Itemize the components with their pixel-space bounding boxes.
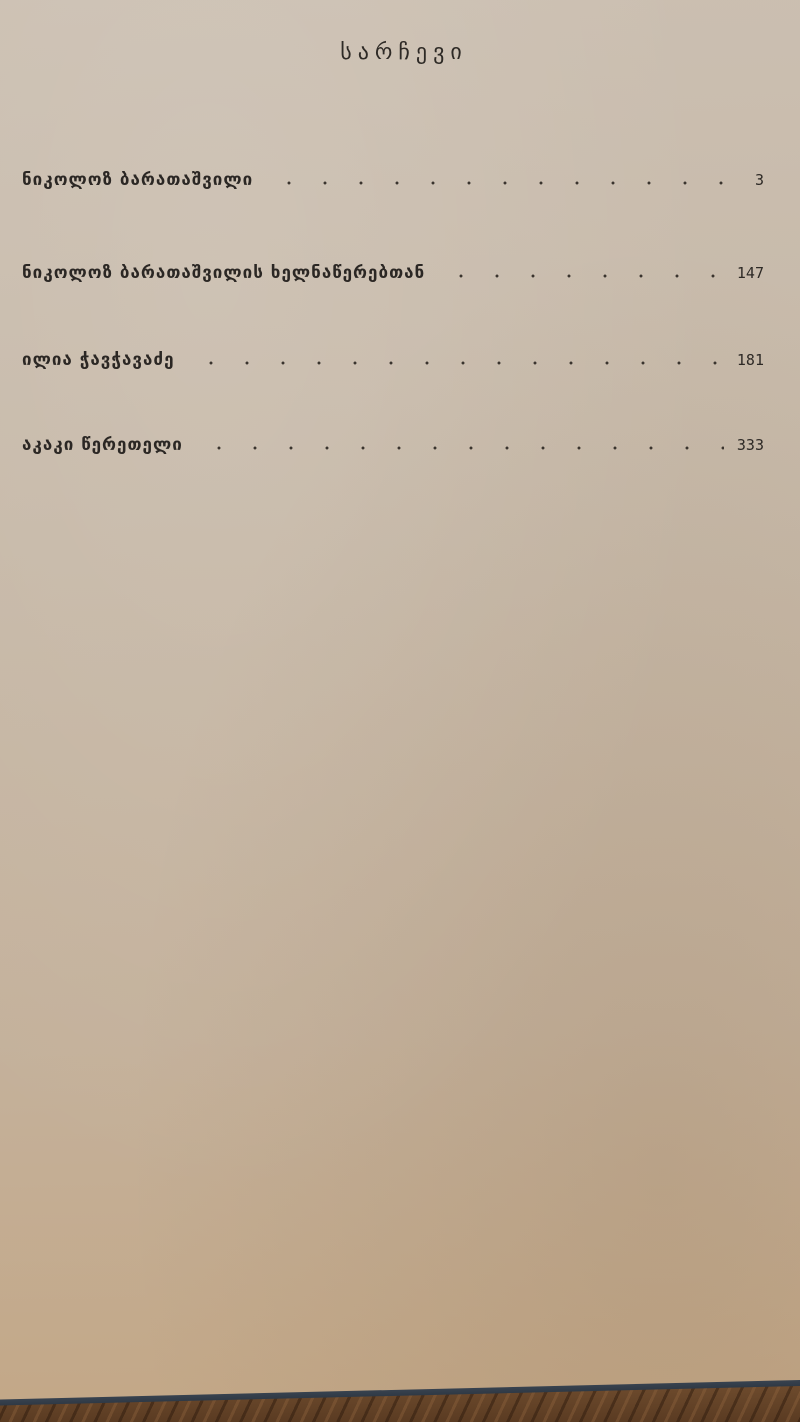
- toc-entry: ილია ჭავჭავაძე 181: [22, 350, 764, 370]
- leader-dots: [443, 274, 724, 278]
- toc-entry-page-number: 3: [734, 171, 764, 189]
- toc-entry: ნიკოლოზ ბარათაშვილი 3: [22, 170, 764, 190]
- leader-dots: [193, 361, 725, 365]
- page-title: სარჩევი: [0, 40, 800, 65]
- page-content: სარჩევი ნიკოლოზ ბარათაშვილი 3 ნიკოლოზ ბა…: [0, 0, 800, 1422]
- leader-dots: [201, 446, 724, 450]
- toc-entry: ნიკოლოზ ბარათაშვილის ხელნაწერებთან 147: [22, 263, 764, 283]
- toc-entry-title: აკაკი წერეთელი: [22, 435, 183, 455]
- toc-entry-page-number: 147: [734, 264, 764, 282]
- leader-dots: [271, 181, 724, 185]
- toc-entry: აკაკი წერეთელი 333: [22, 435, 764, 455]
- toc-entry-page-number: 181: [734, 351, 764, 369]
- toc-entry-title: ნიკოლოზ ბარათაშვილი: [22, 170, 253, 190]
- toc-entry-page-number: 333: [734, 436, 764, 454]
- toc-entry-title: ნიკოლოზ ბარათაშვილის ხელნაწერებთან: [22, 263, 425, 283]
- toc-entry-title: ილია ჭავჭავაძე: [22, 350, 175, 370]
